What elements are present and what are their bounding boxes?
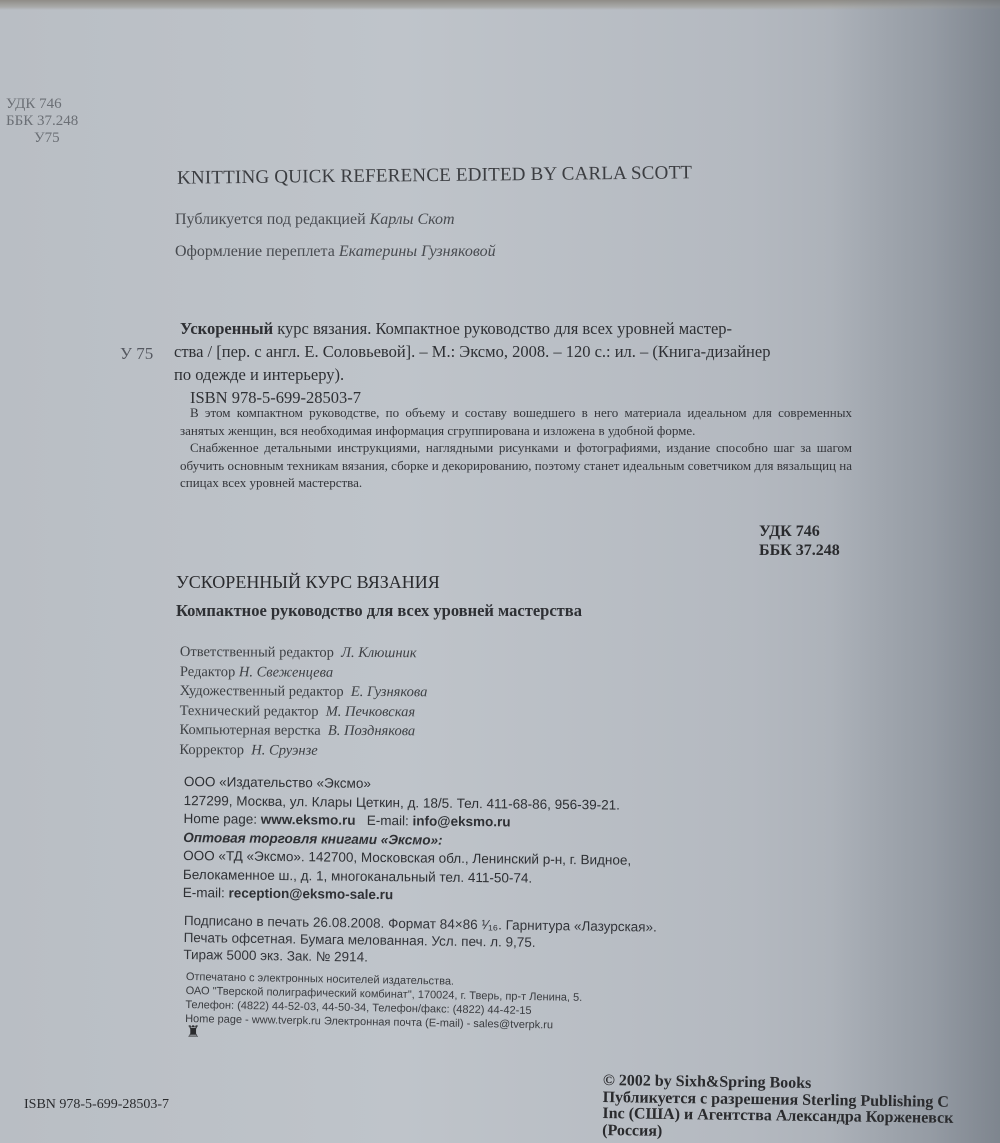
staff-name: В. Позднякова	[328, 723, 415, 739]
biblio-line-2: ства / [пер. с англ. Е. Соловьевой]. – М…	[174, 340, 860, 363]
staff-role: Корректор	[179, 741, 244, 757]
home-page-url[interactable]: www.eksmo.ru	[261, 812, 356, 828]
printer-logo-icon: ♜	[186, 1022, 200, 1042]
publisher-email[interactable]: info@eksmo.ru	[413, 813, 511, 829]
email-label: E-mail:	[183, 885, 229, 900]
abstract-paragraph: В этом компактном руководстве, по объему…	[180, 404, 852, 439]
biblio-line-1: Ускоренный курс вязания. Компактное руко…	[180, 317, 860, 340]
staff-name: Е. Гузнякова	[351, 684, 428, 700]
staff-role: Ответственный редактор	[180, 644, 334, 661]
biblio-title-bold: Ускоренный	[180, 319, 273, 338]
udk-code: УДК 746	[759, 522, 840, 541]
biblio-line-1-rest: курс вязания. Компактное руководство для…	[273, 319, 732, 338]
abstract-paragraph: Снабженное детальными инструкциями, нагл…	[180, 439, 852, 492]
corner-author-mark: У75	[6, 130, 78, 147]
staff-item: Художественный редактор Е. Гузнякова	[180, 682, 428, 703]
staff-item: Ответственный редактор Л. Клюшник	[180, 643, 428, 664]
classification-codes: УДК 746 ББК 37.248	[759, 522, 840, 560]
staff-item: Корректор Н. Сруэнзе	[179, 740, 427, 761]
printer-info: Отпечатано с электронных носителей издат…	[185, 970, 583, 1033]
staff-role: Художественный редактор	[180, 683, 344, 700]
publisher-info: ООО «Издательство «Эксмо» 127299, Москва…	[183, 773, 632, 907]
staff-name: Л. Клюшник	[341, 645, 417, 661]
staff-item: Редактор Н. Свеженцева	[180, 662, 428, 683]
staff-item: Технический редактор М. Печковская	[180, 701, 428, 722]
email-label: E-mail:	[356, 813, 413, 829]
corner-classification-codes: УДК 746 ББК 37.248 У75	[6, 96, 78, 147]
book-title: УСКОРЕННЫЙ КУРС ВЯЗАНИЯ	[176, 572, 440, 593]
staff-role: Редактор	[180, 663, 236, 679]
copyright-notice: © 2002 by Sixh&Spring Books Публикуется …	[602, 1073, 954, 1143]
credit-cover-design: Оформление переплета Екатерины Гузняково…	[175, 243, 496, 261]
staff-list: Ответственный редактор Л. Клюшник Редакт…	[179, 643, 427, 761]
staff-role: Технический редактор	[180, 702, 319, 719]
corner-bbk: ББК 37.248	[6, 113, 78, 130]
bibliographic-record: Ускоренный курс вязания. Компактное руко…	[180, 317, 860, 409]
staff-name: Н. Свеженцева	[239, 664, 333, 680]
wholesale-email[interactable]: reception@eksmo-sale.ru	[228, 885, 393, 902]
isbn-bottom: ISBN 978-5-699-28503-7	[24, 1097, 169, 1113]
credit-name: Карлы Скот	[370, 211, 455, 228]
page-shadow	[830, 0, 1000, 1143]
staff-role: Компьютерная верстка	[180, 722, 321, 739]
credit-label: Публикуется под редакцией	[175, 211, 366, 228]
bbk-code: ББК 37.248	[759, 541, 840, 560]
corner-udk: УДК 746	[6, 96, 78, 113]
staff-name: М. Печковская	[326, 703, 415, 719]
call-number: У 75	[120, 344, 153, 364]
biblio-line-3: по одежде и интерьеру).	[174, 363, 860, 386]
book-subtitle: Компактное руководство для всех уровней …	[176, 601, 582, 621]
original-title: KNITTING QUICK REFERENCE EDITED BY CARLA…	[177, 162, 692, 189]
home-page-label: Home page:	[183, 811, 260, 827]
wholesale-email-row: E-mail: reception@eksmo-sale.ru	[183, 884, 631, 907]
credit-label: Оформление переплета	[175, 243, 335, 260]
staff-name: Н. Сруэнзе	[251, 742, 317, 758]
print-details: Подписано в печать 26.08.2008. Формат 84…	[183, 912, 657, 970]
credit-name: Екатерины Гузняковой	[339, 243, 496, 260]
credit-editor: Публикуется под редакцией Карлы Скот	[175, 211, 455, 229]
staff-item: Компьютерная верстка В. Позднякова	[179, 721, 427, 742]
abstract: В этом компактном руководстве, по объему…	[180, 404, 852, 492]
